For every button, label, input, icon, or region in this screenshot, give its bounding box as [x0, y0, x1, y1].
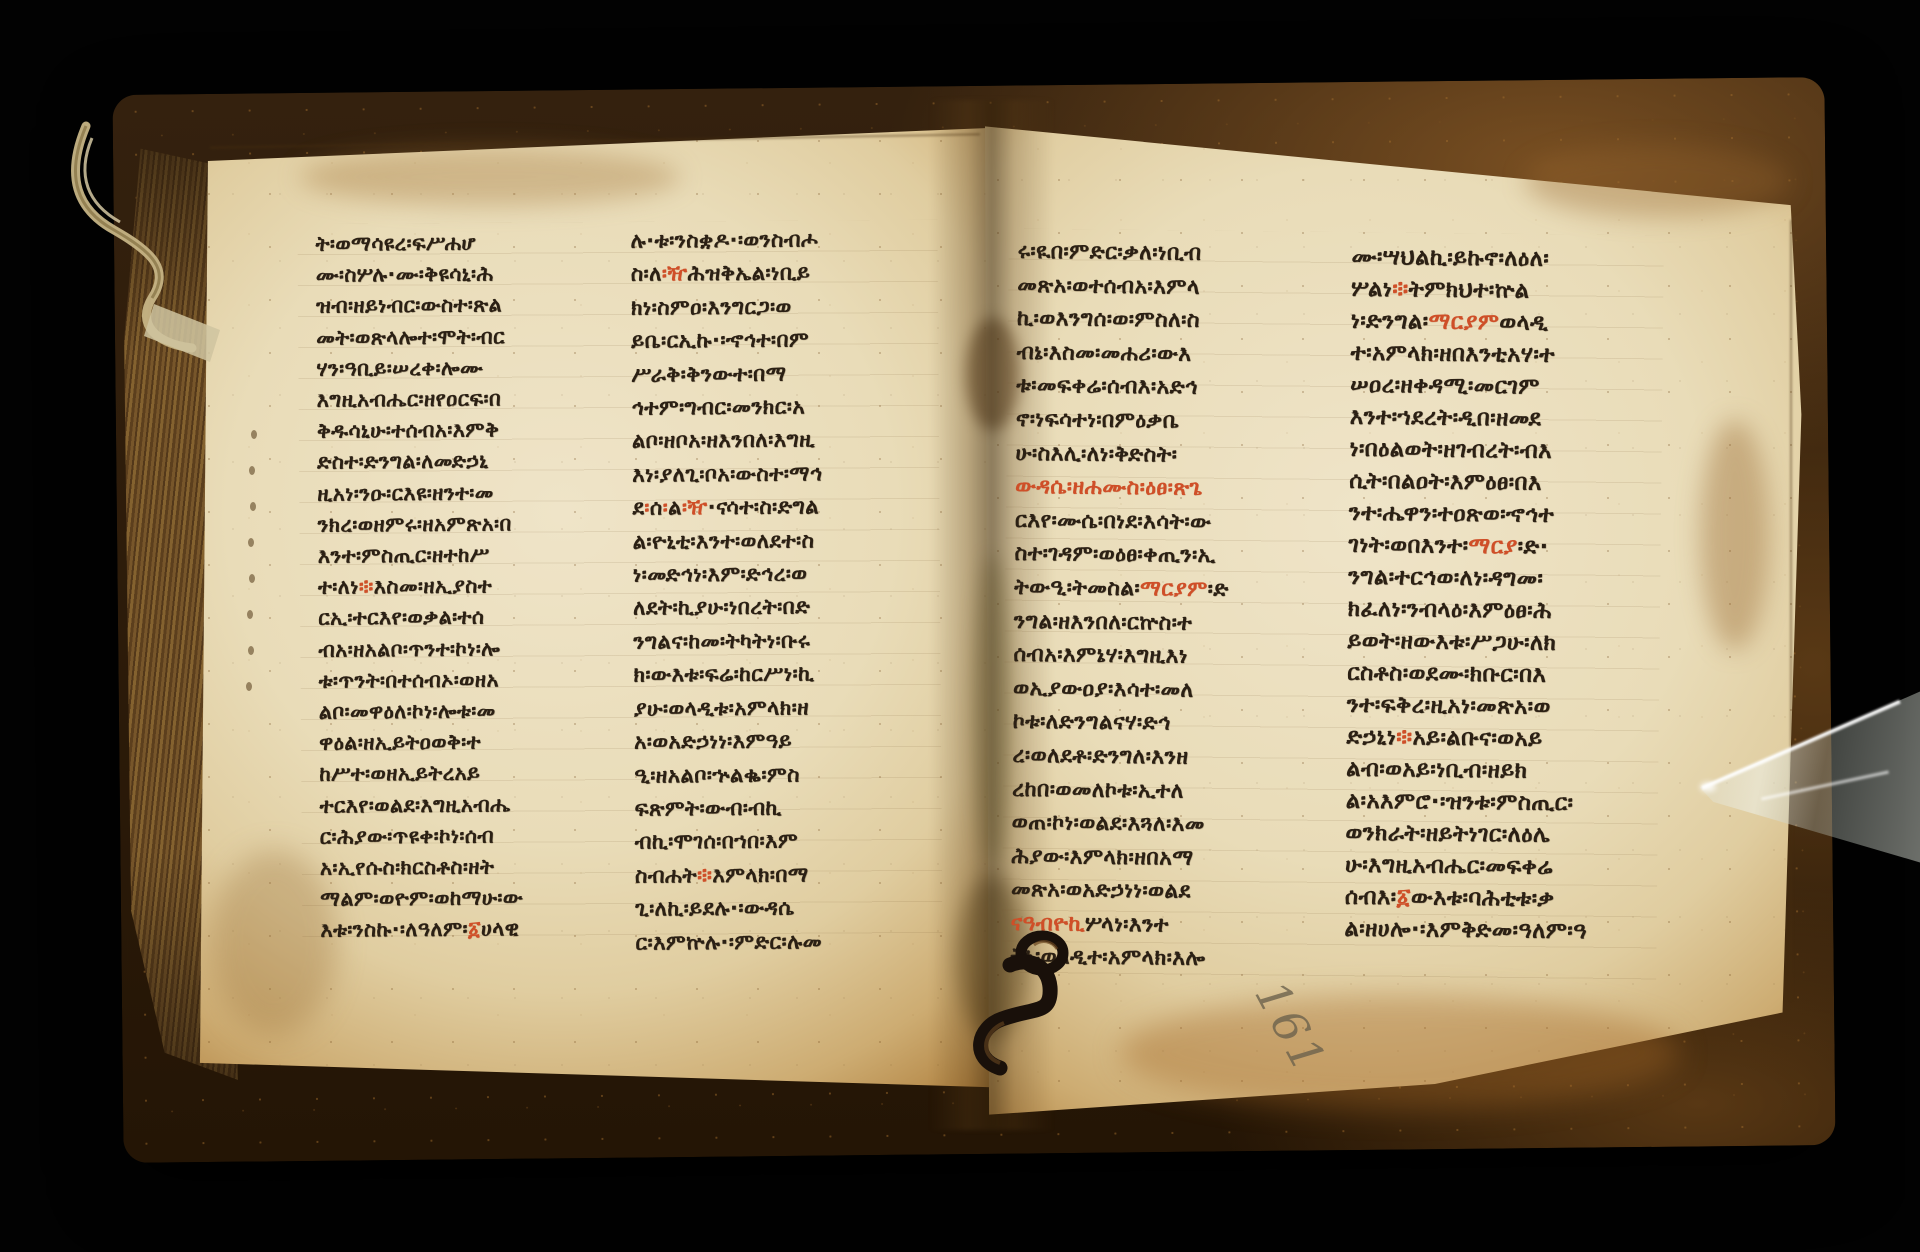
manuscript-text-line: ቱ፡ጥንት፡በተሰብኦ፡ወዘአ	[319, 664, 522, 697]
black-ink-text: ሠዐረ፡ዘቀዳሚ፡መርገም	[1350, 372, 1540, 400]
black-ink-text: ሦልነ	[1351, 276, 1392, 302]
manuscript-text-line: እግዚአብሔር፡ዘየዐርፍ፡በ	[317, 383, 520, 416]
manuscript-text-line: ልቦ፡መዋዕለ፡ኮነ፡ሎቱ፡መ	[319, 695, 522, 728]
black-ink-text: ሉ·ቱ፡ንስቋዶ·፡ወንስብሖ	[630, 227, 818, 252]
manuscript-text-line: ነ፡ድንግል፡ማርያምወላዲ	[1351, 305, 1594, 340]
black-ink-text: ርእየ፡ሙሴ፡በነደ፡እሳት፡ው	[1015, 508, 1212, 535]
manuscript-text-line: ሦልነ፨ትምክህተ፡ኵል	[1351, 273, 1594, 308]
pricking-hole	[246, 682, 252, 691]
manuscript-text-line: ድስተ፡ድንግል፡ለመድኃኒ	[317, 446, 520, 479]
stain	[1700, 420, 1770, 650]
black-ink-text: ል፡ዮኒቲ፡እንተ፡ወለደተ፡ስ	[633, 528, 815, 553]
manuscript-text-line: ሃን፡ዓቢይ፡ሠረቀ፡ሎሙ	[316, 352, 519, 385]
black-ink-text: እነ፡ያለጊ፡ቦአ፡ውስተ፡ማኅ	[632, 461, 822, 486]
manuscript-text-line: ር፡ሕያው፡ጥዩቀ፡ኮነ፡ሰብ	[320, 820, 523, 853]
text-column-3: ሩ፡ዪበ፡ምድር፡ቃለ፡ነቢብመጽአ፡ወተሰብአ፡እምላኪ፡ወእንግሰ፡ወ፡ምስ…	[1010, 235, 1232, 976]
rubricated-text: ፡ዥ	[662, 262, 688, 286]
stain	[1525, 145, 1790, 217]
manuscript-text-line: ቱ፡መፍቀሬ፡ሰብእ፡አድኅ	[1016, 369, 1231, 405]
black-ink-text: ወላዲ	[1499, 309, 1548, 336]
manuscript-text-line: ክፈለነ፡ንብላዕ፡እምዕፀ፡ሕ	[1348, 593, 1591, 628]
black-ink-text: ፍጽምት፡ውብ፡ብኪ	[634, 796, 781, 821]
pricking-hole	[248, 646, 254, 655]
black-ink-text: ንክረ፡ወዘምሩ፡ዘአምጽአ፡በ	[317, 511, 511, 536]
glass-weight-body	[1700, 688, 1920, 866]
black-ink-text: እቱ፡ንስኩ·፡ለዓለም፡	[320, 917, 468, 942]
black-ink-text: ሙ፡ስሦሉ·ሙ፡ቅዩሳኒ፡ሕ	[316, 262, 494, 287]
manuscript-text-line: ሥራቅ፡ቅንውተ፡በማ	[631, 357, 822, 392]
black-ink-text: ያሁ፡ወላዲቱ፡አምላክ፡ዘ	[634, 695, 809, 720]
black-ink-text: ብአ፡ዘአልቦ፡ጥንተ፡ኮነ፡ሎ	[318, 636, 500, 661]
pricking-hole	[251, 430, 257, 439]
manuscript-text-line: ፍጽምት፡ውብ፡ብኪ	[634, 791, 825, 826]
manuscript-text-line: ነ፡መድኅነ፡እም፡ድኅረ፡ወ	[633, 557, 824, 592]
manuscript-text-line: ከሥተ፡ወዘኢይትረአይ	[319, 758, 522, 791]
black-ink-text: ቱ፡ጥንት፡በተሰብኦ፡ወዘአ	[319, 667, 500, 692]
black-ink-text: ሕዝቅኤል፡ነቢይ	[687, 261, 810, 286]
manuscript-text-line: ያሁ፡ወላዲቱ፡አምላክ፡ዘ	[634, 691, 825, 726]
black-ink-text: ተ፡አምላክ፡ዘበእንቲአሃ፡ተ	[1350, 340, 1555, 368]
black-ink-text: እግዚአብሔር፡ዘየዐርፍ፡በ	[317, 386, 502, 411]
leather-strap	[938, 903, 1103, 1093]
black-ink-text: ሃን፡ዓቢይ፡ሠረቀ፡ሎሙ	[316, 355, 483, 380]
black-ink-text: ወጠ፡ኮነ፡ወልደ፡እጓለ፡እመ	[1012, 810, 1205, 837]
manuscript-text-line: ይቤ፡ርኢኩ·፡ኆኅተ፡በም	[631, 324, 822, 359]
manuscript-text-line: ኅተም፡ግብር፡መንክር፡አ	[632, 390, 823, 425]
stain	[300, 148, 680, 206]
manuscript-text-line: አ፡ወአድኃነነ፡እምዓይ	[634, 724, 825, 759]
black-ink-text: ንግልና፡ከመ፡ትካትነ፡ቡሩ	[633, 628, 810, 653]
manuscript-text-line: ለደት፡ኪያሁ፡ነበረት፡በድ	[633, 591, 824, 626]
manuscript-text-line: ዚአነ፡ንዑ፡ርእዩ፡ዘንተ፡መ	[317, 477, 520, 510]
manuscript-text-line: ል፡አእምሮ·፡ዝንቱ፡ምስጢር፡	[1346, 785, 1589, 820]
rubricated-text: ፨	[1396, 724, 1413, 750]
black-ink-text: ማልም፡ወዮም፡ወከማሁ፡ው	[320, 886, 523, 911]
manuscript-text-line: መጽአ፡ወተሰብአ፡እምላ	[1017, 268, 1232, 304]
pricking-hole	[249, 574, 255, 583]
manuscript-text-line: ል፡ዮኒቲ፡እንተ፡ወለደተ፡ስ	[633, 524, 824, 559]
manuscript-text-line: ንግልና፡ከመ፡ትካትነ፡ቡሩ	[633, 624, 824, 659]
manuscript-text-line: ኪ፡ወእንግሰ፡ወ፡ምስለ፡ስ	[1017, 302, 1232, 338]
page-right-edge	[1790, 220, 1792, 1000]
rubricated-text: ፩	[1396, 884, 1411, 910]
manuscript-text-line: ማልም፡ወዮም፡ወከማሁ፡ው	[320, 883, 523, 916]
black-ink-text: ብኪ፡ሞገሰ፡በኀበ፡እም	[635, 829, 799, 854]
pricking-hole	[249, 466, 255, 475]
black-ink-text: ብኔ፡እስመ፡መሐሪ፡ውእ	[1017, 340, 1192, 367]
manuscript-text-line: መት፡ወጽላሎተ፡ሞት፡ብር	[316, 321, 519, 354]
pricking-hole	[247, 610, 253, 619]
black-ink-text: ይቤ፡ርኢኩ·፡ኆኅተ፡በም	[631, 328, 809, 353]
black-ink-text: ሁ፡እግዚአብሔር፡መፍቀሬ	[1345, 852, 1553, 880]
black-ink-text: ስብሐት	[635, 863, 697, 887]
black-ink-text: አይ፡ልቡና፡ወአይ	[1412, 724, 1542, 751]
thread-end-tab	[144, 304, 220, 362]
manuscript-text-line: ሕያው፡እምላክ፡ዘበአማ	[1011, 840, 1226, 876]
rubricated-text: ፨	[359, 575, 374, 599]
manuscript-text-line: ሉ·ቱ፡ንስቋዶ·፡ወንስብሖ	[630, 223, 821, 258]
manuscript-text-line: እንተ፡ምስጢር፡ዘተከሥ	[318, 539, 521, 572]
black-ink-text: ረ፡ወለደቶ፡ድንግለ፡እንዘ	[1012, 743, 1188, 770]
manuscript-text-line: ረከበ፡ወመለኮቱ፡ኢተለ	[1012, 772, 1227, 808]
black-ink-text: ትውዒ፡ትመስል፡	[1014, 575, 1140, 601]
rubricated-text: ፩	[468, 917, 481, 941]
manuscript-text-line: ድኃኒነ፨አይ፡ልቡና፡ወአይ	[1346, 721, 1589, 756]
black-ink-text: ል፡ዘሀሎ·፡እምቅድመ፡ዓለም፡ዓ	[1344, 916, 1587, 945]
black-ink-text: ነ፡መድኅነ፡እም፡ድኅረ፡ወ	[633, 562, 808, 587]
manuscript-text-line: እነ፡ያለጊ፡ቦአ፡ውስተ፡ማኅ	[632, 457, 823, 492]
rubricated-text: ፨	[1392, 276, 1409, 302]
manuscript-text-line: ይወት፡ዘውእቱ፡ሥጋሁ፡ለክ	[1347, 625, 1590, 660]
black-ink-text: ል	[668, 496, 682, 520]
manuscript-text-line: ውዳሴ፡ዘሐሙስ፡ዕፀ፡ጽጌ	[1015, 470, 1230, 506]
black-ink-text: ር፡ሕያው፡ጥዩቀ፡ኮነ፡ሰብ	[320, 823, 495, 848]
black-ink-text: ድስተ፡ድንግል፡ለመድኃኒ	[317, 449, 489, 474]
black-ink-text: አ፡ኢየሱስ፡ክርስቶስ፡ዘት	[320, 855, 494, 880]
manuscript-text-line: ኮቱ፡ለድንግልናሃ፡ድኅ	[1013, 705, 1228, 741]
black-ink-text: ዚአነ፡ንዑ፡ርእዩ፡ዘንተ፡መ	[317, 480, 494, 505]
rubricated-text: ፨	[697, 863, 712, 887]
manuscript-text-line: ነ፡በዕልወት፡ዘገብረት፡ብእ	[1349, 433, 1592, 468]
manuscript-text-line: ንተ፡ፍቅረ፡ዚአነ፡መጽአ፡ወ	[1347, 689, 1590, 724]
manuscript-text-line: ገነት፡ወበእንተ፡ማርያ፡ድ·	[1348, 529, 1591, 564]
black-ink-text: ክነ፡ስምዐ፡እንግርጋ፡ወ	[631, 294, 792, 319]
black-ink-text: ሕያው፡እምላክ፡ዘበአማ	[1011, 844, 1193, 871]
black-ink-text: ለደት፡ኪያሁ፡ነበረት፡በድ	[633, 595, 810, 620]
manuscript-text-line: ደ፡ሰ፡ል፡ዥ·ናሳተ፡ስ፡ድግል	[632, 491, 823, 526]
black-ink-text: ክፈለነ፡ንብላዕ፡እምዕፀ፡ሕ	[1348, 596, 1552, 624]
manuscript-text-line: ርኢ፡ተርእየ፡ወቃል፡ተሰ	[318, 602, 521, 635]
manuscript-text-line: ሙ፡ስሦሉ·ሙ፡ቅዩሳኒ፡ሕ	[316, 259, 519, 292]
black-ink-text: እምላክ፡በማ	[712, 862, 808, 887]
manuscript-text-line: ሁ፡እግዚአብሔር፡መፍቀሬ	[1345, 849, 1588, 884]
manuscript-text-line: ሁ፡ስእሊ፡ለነ፡ቅድስት፡	[1015, 436, 1230, 472]
black-ink-text: ውእቱ፡ባሕቲቱ፡ቃ	[1411, 884, 1555, 912]
black-ink-text: ድኃኒነ	[1346, 724, 1396, 751]
black-ink-text: ወኢያውዐያ፡እሳተ፡መለ	[1013, 676, 1194, 703]
black-ink-text: ፡ድ	[1208, 577, 1229, 602]
black-ink-text: ኮቱ፡ለድንግልናሃ፡ድኅ	[1013, 709, 1171, 736]
black-ink-text: ቱ፡መፍቀሬ፡ሰብእ፡አድኅ	[1016, 373, 1198, 400]
rubricated-text: ማርያም	[1428, 309, 1499, 336]
black-ink-text: ነ፡በዕልወት፡ዘገብረት፡ብእ	[1349, 436, 1552, 464]
black-ink-text: እስመ፡ዘኢያስተ	[374, 574, 493, 599]
stain	[1120, 995, 1680, 1110]
manuscript-text-line: ንግል፡ተርኅወ፡ለነ፡ዳግመ፡	[1348, 561, 1591, 596]
text-column-1: ት፡ወማሳዩረ፡ፍሥሐሆሙ፡ስሦሉ·ሙ፡ቅዩሳኒ፡ሕዝብ፡ዘይነብር፡ውስተ፡ጽ…	[315, 227, 523, 946]
black-ink-text: ልቦ፡መዋዕለ፡ኮነ፡ሎቱ፡መ	[319, 699, 496, 724]
manuscript-text-line: ክነ፡ስምዐ፡እንግርጋ፡ወ	[631, 290, 822, 325]
manuscript-text-line: ሠዐረ፡ዘቀዳሚ፡መርገም	[1350, 369, 1593, 404]
manuscript-photograph: ት፡ወማሳዩረ፡ፍሥሐሆሙ፡ስሦሉ·ሙ፡ቅዩሳኒ፡ሕዝብ፡ዘይነብር፡ውስተ፡ጽ…	[0, 0, 1920, 1252]
black-ink-text: መት፡ወጽላሎተ፡ሞት፡ብር	[316, 324, 505, 349]
black-ink-text: ል፡አእምሮ·፡ዝንቱ፡ምስጢር፡	[1346, 788, 1574, 816]
black-ink-text: ንተ፡ፍቅረ፡ዚአነ፡መጽአ፡ወ	[1347, 692, 1551, 720]
black-ink-text: ትምክህተ፡ኵል	[1408, 276, 1529, 303]
rubricated-text: ፡ዥ	[682, 495, 708, 519]
black-ink-text: ሀላዊ	[481, 917, 519, 941]
manuscript-text-line: እቱ፡ንስኩ·፡ለዓለም፡፩ሀላዊ	[320, 914, 523, 947]
black-ink-text: ሥራቅ፡ቅንውተ፡በማ	[631, 361, 786, 386]
black-ink-text: ር፡እምኵሉ·፡ምድር፡ሉመ	[635, 929, 822, 954]
manuscript-text-line: ሲት፡በልዐት፡እምዕፀ፡በእ	[1349, 465, 1592, 500]
black-ink-text: ንግል፡ተርኅወ፡ለነ፡ዳግመ፡	[1348, 564, 1543, 592]
black-ink-text: ሙ፡ሣህልኪ፡ይኩኖ፡ለዕለ፡	[1351, 244, 1549, 272]
binding-thread	[58, 118, 288, 388]
manuscript-text-line: አ፡ኢየሱስ፡ክርስቶስ፡ዘት	[320, 851, 523, 884]
black-ink-text: ከሥተ፡ወዘኢይትረአይ	[319, 761, 480, 786]
black-ink-text: ልብ፡ወአይ፡ነቢብ፡ዘይክ	[1346, 756, 1527, 784]
black-ink-text: ሰብአ፡እምኔሃ፡እግዚእነ	[1013, 642, 1188, 669]
manuscript-text-line: ስተ፡ገዳም፡ወዕፀ፡ቀጢን፡ኢ	[1014, 537, 1229, 573]
manuscript-text-line: ሩ፡ዪበ፡ምድር፡ቃለ፡ነቢብ	[1018, 235, 1233, 271]
black-ink-text: ክ፡ውእቱ፡ፍሬ፡ከርሥነ፡ኪ	[633, 662, 814, 687]
manuscript-text-line: እንተ፡ኀደረት፡ዲበ፡ዘመደ	[1350, 401, 1593, 436]
black-ink-text: ይወት፡ዘውእቱ፡ሥጋሁ፡ለክ	[1347, 628, 1556, 656]
manuscript-text-line: ሙ፡ሣህልኪ፡ይኩኖ፡ለዕለ፡	[1351, 241, 1594, 276]
black-ink-text: መጽአ፡ወተሰብአ፡እምላ	[1017, 272, 1200, 299]
manuscript-text-line: ሰብእ፡፩ውእቱ፡ባሕቲቱ፡ቃ	[1345, 881, 1588, 916]
glass-glint	[1700, 782, 1716, 792]
black-ink-text: ንግል፡ዘእንበለ፡ርኵስ፡ተ	[1014, 608, 1193, 635]
manuscript-text-line: ዋዕል፡ዘኢይትዐወቅ፡ተ	[319, 727, 522, 760]
manuscript-text-line: ርእየ፡ሙሴ፡በነደ፡እሳት፡ው	[1015, 504, 1230, 540]
black-ink-text: ርኢ፡ተርእየ፡ወቃል፡ተሰ	[318, 605, 484, 630]
manuscript-text-line: ረ፡ወለደቶ፡ድንግለ፡እንዘ	[1012, 739, 1227, 775]
black-ink-text: ጊ፡ለኪ፡ይደሉ·፡ውዳሴ	[635, 896, 794, 921]
black-ink-text: ቅዱሳኒሁ፡ተሰብአ፡እምቅ	[317, 418, 500, 443]
manuscript-text-line: ኖ፡ነፍሳተነ፡በምዕቃቤ	[1016, 403, 1231, 439]
manuscript-text-line: ል፡ዘሀሎ·፡እምቅድመ፡ዓለም፡ዓ	[1344, 913, 1587, 948]
manuscript-text-line: ክ፡ውእቱ፡ፍሬ፡ከርሥነ፡ኪ	[633, 658, 824, 693]
manuscript-text-line: ተ፡ለነ፨እስመ፡ዘኢያስተ	[318, 571, 521, 604]
black-ink-text: ነ፡ድንግል፡	[1351, 308, 1429, 335]
manuscript-text-line: ወኢያውዐያ፡እሳተ፡መለ	[1013, 672, 1228, 708]
black-ink-text: ሁ፡ስእሊ፡ለነ፡ቅድስት፡	[1015, 440, 1177, 467]
manuscript-text-line: ትውዒ፡ትመስል፡ማርያም፡ድ	[1014, 571, 1229, 607]
black-ink-text: ኖ፡ነፍሳተነ፡በምዕቃቤ	[1016, 407, 1180, 434]
manuscript-text-line: ሰብአ፡እምኔሃ፡እግዚእነ	[1013, 638, 1228, 674]
manuscript-text-line: ወጠ፡ኮነ፡ወልደ፡እጓለ፡እመ	[1012, 806, 1227, 842]
black-ink-text: ዝብ፡ዘይነብር፡ውስተ፡ጽል	[316, 293, 502, 318]
black-ink-text: ዋዕል፡ዘኢይትዐወቅ፡ተ	[319, 730, 481, 755]
rubricated-text: ማርያም	[1140, 576, 1208, 602]
black-ink-text: ስተ፡ገዳም፡ወዕፀ፡ቀጢን፡ኢ	[1014, 541, 1216, 568]
manuscript-text-line: ንግል፡ዘእንበለ፡ርኵስ፡ተ	[1014, 604, 1229, 640]
text-column-4: ሙ፡ሣህልኪ፡ይኩኖ፡ለዕለ፡ሦልነ፨ትምክህተ፡ኵልነ፡ድንግል፡ማርያምወላ…	[1344, 241, 1594, 948]
manuscript-text-line: ተርእየ፡ወልደ፡እግዚአብሔ	[319, 789, 522, 822]
black-ink-text: ዒ፡ዘአልቦ፡ኍልቈ፡ምስ	[634, 762, 800, 787]
black-ink-text: እንተ፡ኀደረት፡ዲበ፡ዘመደ	[1350, 404, 1542, 432]
manuscript-text-line: ወንክራት፡ዘይትነገር፡ለዕሌ	[1345, 817, 1588, 852]
black-ink-text: ሩ፡ዪበ፡ምድር፡ቃለ፡ነቢብ	[1018, 239, 1202, 266]
black-ink-text: ደ	[632, 496, 644, 520]
black-ink-text: እንተ፡ምስጢር፡ዘተከሥ	[318, 543, 490, 568]
manuscript-text-line: ስብሐት፨እምላክ፡በማ	[635, 858, 826, 893]
black-ink-text: ስ፡ለ	[631, 262, 662, 286]
pricking-hole	[250, 502, 256, 511]
manuscript-text-line: ቅዱሳኒሁ፡ተሰብአ፡እምቅ	[317, 415, 520, 448]
black-ink-text: ተ፡ለነ	[318, 575, 359, 599]
black-ink-text: ኅተም፡ግብር፡መንክር፡አ	[632, 394, 806, 419]
manuscript-text-line: ርስቶስ፡ወደሙ፡ክቡር፡በእ	[1347, 657, 1590, 692]
black-ink-text: መጽአ፡ወአድኃነነ፡ወልደ	[1011, 877, 1191, 904]
black-ink-text: ልቦ፡ዘቦአ፡ዘእንበለ፡እግዚ	[632, 428, 815, 453]
manuscript-text-line: ብኔ፡እስመ፡መሐሪ፡ውእ	[1016, 336, 1231, 372]
manuscript-text-line: ተ፡አምላክ፡ዘበእንቲአሃ፡ተ	[1350, 337, 1593, 372]
black-ink-text: ወንክራት፡ዘይትነገር፡ለዕሌ	[1345, 820, 1550, 848]
manuscript-text-line: ር፡እምኵሉ·፡ምድር፡ሉመ	[635, 925, 826, 960]
black-ink-text: ርስቶስ፡ወደሙ፡ክቡር፡በእ	[1347, 660, 1546, 688]
manuscript-text-line: ዝብ፡ዘይነብር፡ውስተ፡ጽል	[316, 290, 519, 323]
black-ink-text: ተርእየ፡ወልደ፡እግዚአብሔ	[319, 792, 510, 817]
manuscript-text-line: ስ፡ለ፡ዥሕዝቅኤል፡ነቢይ	[631, 257, 822, 292]
black-ink-text: ኪ፡ወእንግሰ፡ወ፡ምስለ፡ስ	[1017, 306, 1200, 333]
manuscript-text-line: ት፡ወማሳዩረ፡ፍሥሐሆ	[315, 227, 518, 260]
black-ink-text: ንተ፡ሔዋን፡ተዐጽወ፡ኆኅተ	[1349, 500, 1555, 528]
glass-book-weight	[1700, 688, 1920, 866]
pricking-hole	[248, 538, 254, 547]
black-ink-text: ሰ	[650, 496, 663, 520]
rubricated-text: ማርያ	[1468, 533, 1517, 560]
black-ink-text: ሲት፡በልዐት፡እምዕፀ፡በእ	[1349, 468, 1542, 496]
manuscript-text-line: ብኪ፡ሞገሰ፡በኀበ፡እም	[635, 825, 826, 860]
black-ink-text: ገነት፡ወበእንተ፡	[1348, 532, 1468, 559]
manuscript-text-line: ብአ፡ዘአልቦ፡ጥንተ፡ኮነ፡ሎ	[318, 633, 521, 666]
black-ink-text: ፡ድ·	[1518, 534, 1549, 560]
manuscript-text-line: ልቦ፡ዘቦአ፡ዘእንበለ፡እግዚ	[632, 424, 823, 459]
black-ink-text: ·ናሳተ፡ስ፡ድግል	[708, 495, 820, 520]
text-column-2: ሉ·ቱ፡ንስቋዶ·፡ወንስብሖስ፡ለ፡ዥሕዝቅኤል፡ነቢይክነ፡ስምዐ፡እንግር…	[630, 223, 825, 959]
black-ink-text: ት፡ወማሳዩረ፡ፍሥሐሆ	[316, 231, 477, 256]
manuscript-text-line: ንተ፡ሔዋን፡ተዐጽወ፡ኆኅተ	[1349, 497, 1592, 532]
manuscript-text-line: ልብ፡ወአይ፡ነቢብ፡ዘይክ	[1346, 753, 1589, 788]
black-ink-text: ሰብእ፡	[1345, 884, 1397, 911]
manuscript-text-line: ንክረ፡ወዘምሩ፡ዘአምጽአ፡በ	[317, 508, 520, 541]
manuscript-text-line: ዒ፡ዘአልቦ፡ኍልቈ፡ምስ	[634, 758, 825, 793]
black-ink-text: አ፡ወአድኃነነ፡እምዓይ	[634, 729, 792, 754]
rubricated-text: ውዳሴ፡ዘሐሙስ፡ዕፀ፡ጽጌ	[1015, 474, 1203, 501]
manuscript-text-line: ጊ፡ለኪ፡ይደሉ·፡ውዳሴ	[635, 891, 826, 926]
black-ink-text: ረከበ፡ወመለኮቱ፡ኢተለ	[1012, 776, 1184, 803]
